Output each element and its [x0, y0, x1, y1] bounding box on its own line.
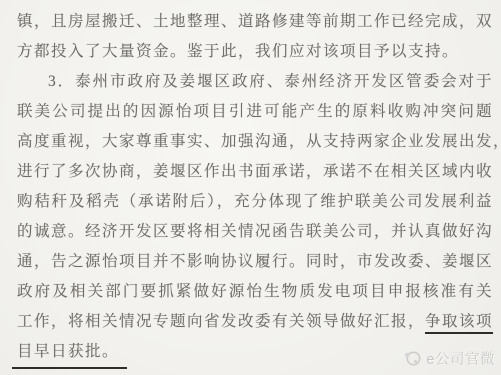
text-segment: 工作，将相关情况专题向省发改委有关领导做好汇报，	[17, 313, 425, 330]
watermark: e公司官微	[404, 347, 495, 369]
e-company-logo-icon	[404, 350, 421, 367]
text-line: 工作，将相关情况专题向省发改委有关领导做好汇报，争取该项	[17, 307, 493, 337]
text-line: 联美公司提出的因源怡项目引进可能产生的原料收购冲突问题	[17, 97, 493, 127]
text-line: 方都投入了大量资金。鉴于此，我们应对该项目予以支持。	[17, 37, 493, 67]
text-line: 3．泰州市政府及姜堰区政府、泰州经济开发区管委会对于	[17, 67, 493, 97]
underlined-text: 目早日获批。	[12, 339, 127, 369]
text-line: 镇，且房屋搬迁、土地整理、道路修建等前期工作已经完成，双	[17, 7, 493, 37]
scanned-document-page: 镇，且房屋搬迁、土地整理、道路修建等前期工作已经完成，双 方都投入了大量资金。鉴…	[0, 0, 501, 375]
underlined-text: 争取该项	[425, 313, 493, 334]
watermark-label: e公司官微	[426, 348, 495, 369]
text-line: 政府及相关部门要抓紧做好源怡生物质发电项目申报核准有关	[17, 277, 493, 307]
text-line: 购秸秆及稻壳（承诺附后），充分体现了维护联美公司发展利益	[17, 187, 493, 217]
text-line: 高度重视，大家尊重事实、加强沟通，从支持两家企业发展出发，	[17, 127, 493, 157]
text-line: 通，告之源怡项目并不影响协议履行。同时，市发改委、姜堰区	[17, 247, 493, 277]
text-line: 进行了多次协商，姜堰区作出书面承诺，承诺不在相关区域内收	[17, 157, 493, 187]
document-text-block: 镇，且房屋搬迁、土地整理、道路修建等前期工作已经完成，双 方都投入了大量资金。鉴…	[17, 7, 493, 367]
text-line: 的诚意。经济开发区要将相关情况函告联美公司，并认真做好沟	[17, 217, 493, 247]
